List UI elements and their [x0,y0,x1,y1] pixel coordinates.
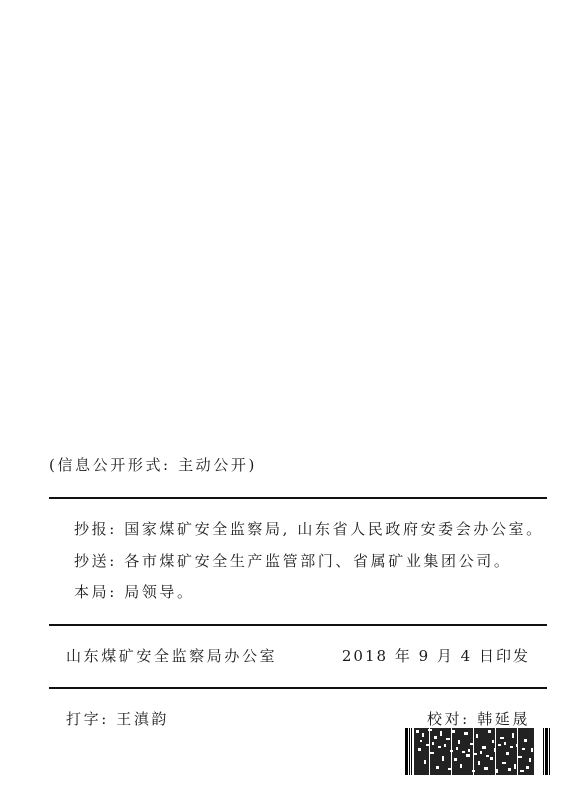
divider-bottom [49,687,547,689]
report-to-value: 国家煤矿安全监察局, 山东省人民政府安委会办公室。 [124,520,544,538]
typist: 打字: 王滇韵 [66,710,169,728]
copy-to-line: 抄送: 各市煤矿安全生产监管部门、省属矿业集团公司。 [74,552,511,570]
proofreader: 校对: 韩延晟 [427,710,530,728]
divider-top [49,497,547,499]
internal-label: 本局: [74,583,117,601]
copy-to-value: 各市煤矿安全生产监管部门、省属矿业集团公司。 [124,552,511,570]
divider-middle [49,624,547,626]
2d-barcode-icon [404,728,550,775]
disclosure-form: (信息公开形式: 主动公开) [49,456,257,474]
report-to-label: 抄报: [74,520,117,538]
internal-line: 本局: 局领导。 [74,583,195,601]
internal-value: 局领导。 [124,583,194,601]
copy-to-label: 抄送: [74,552,117,570]
issue-date: 2018 年 9 月 4 日印发 [342,647,530,665]
issuing-office: 山东煤矿安全监察局办公室 [66,647,277,665]
report-to-line: 抄报: 国家煤矿安全监察局, 山东省人民政府安委会办公室。 [74,520,544,538]
